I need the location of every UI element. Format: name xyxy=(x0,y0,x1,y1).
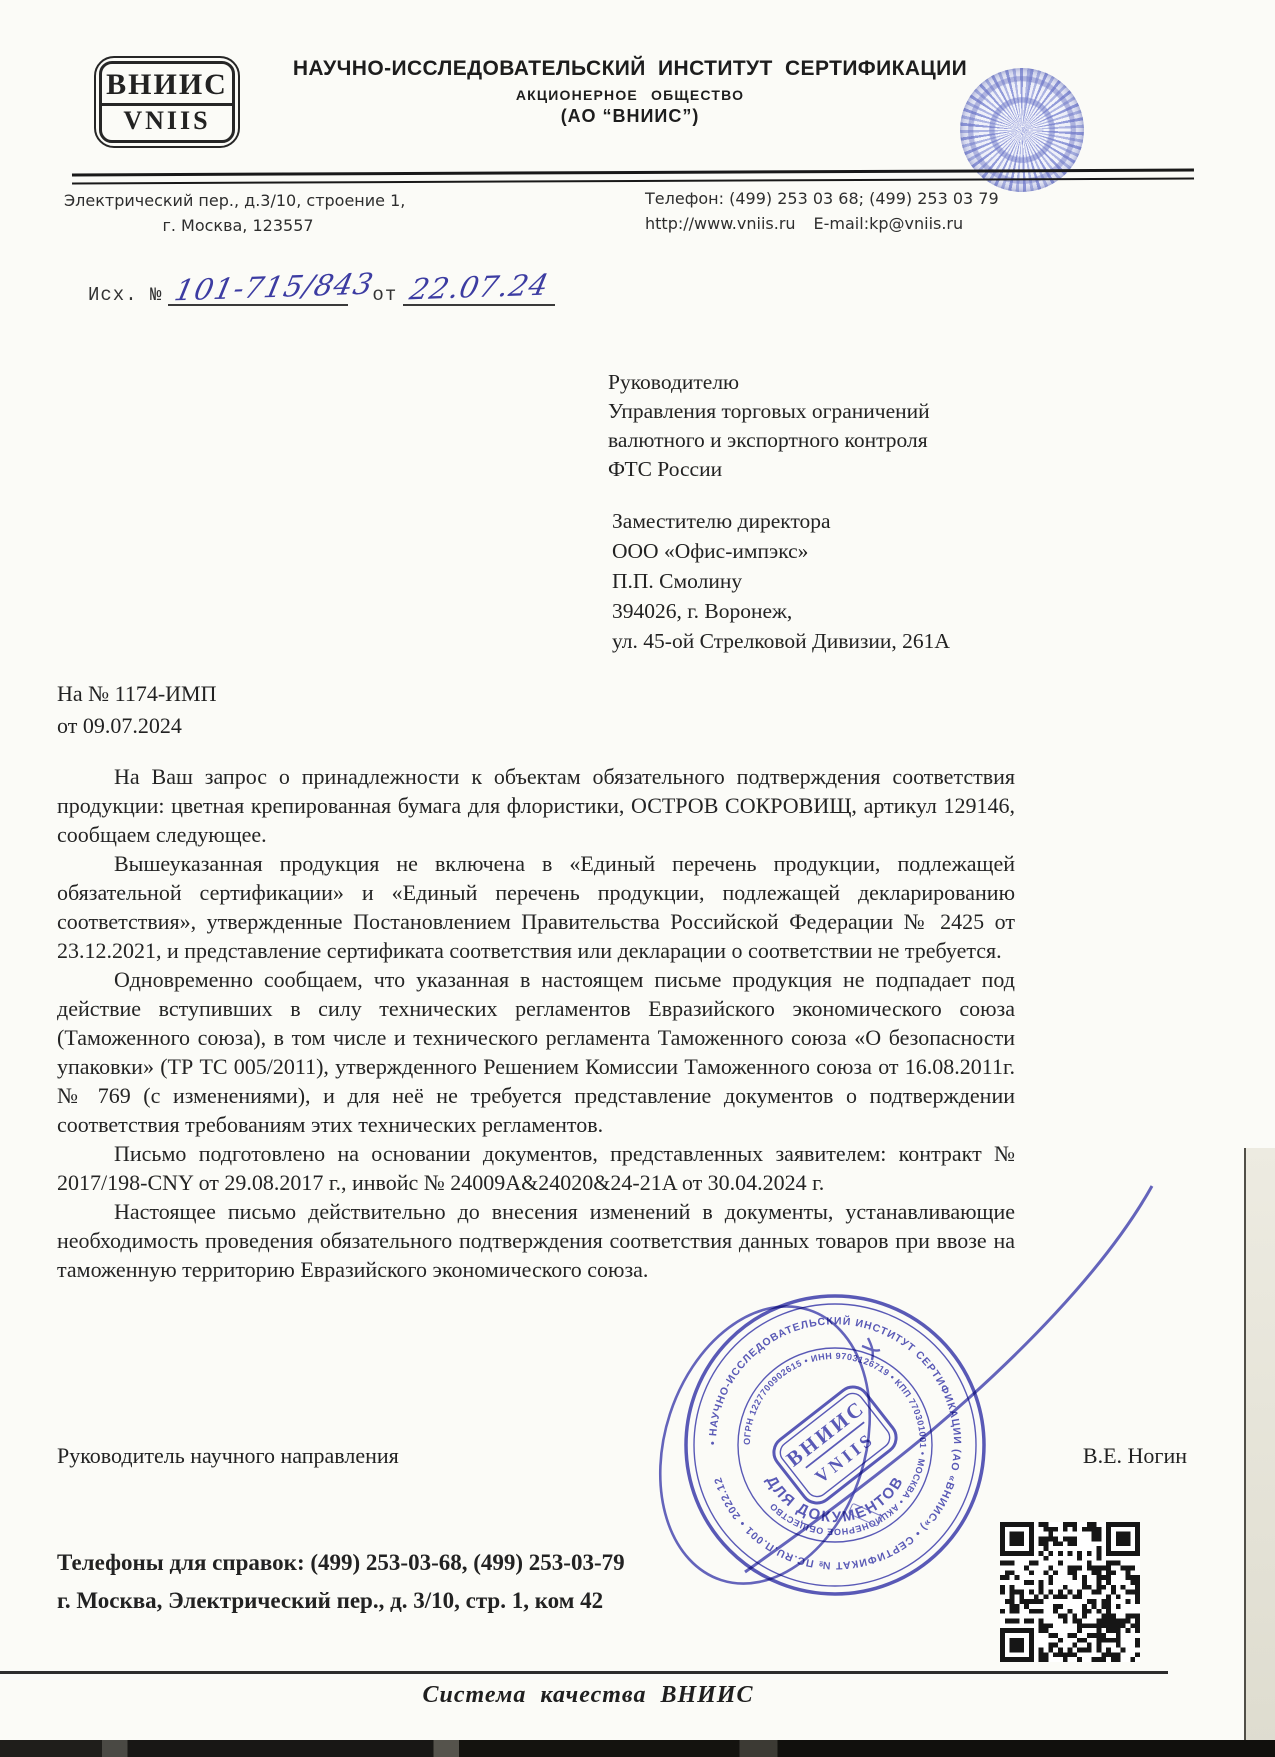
recipient-line: ООО «Офис-импэкс» xyxy=(612,536,950,566)
outgoing-date-label: от xyxy=(372,284,397,306)
recipient-line: 394026, г. Воронеж, xyxy=(612,596,950,626)
qr-code xyxy=(1000,1522,1140,1662)
body-paragraph-2: Вышеуказанная продукция не включена в «Е… xyxy=(57,849,1015,965)
letterhead: НАУЧНО-ИССЛЕДОВАТЕЛЬСКИЙ ИНСТИТУТ СЕРТИФ… xyxy=(255,57,1005,127)
footer-address: г. Москва, Электрический пер., д. 3/10, … xyxy=(57,1582,625,1620)
recipient-block-primary: Руководителю Управления торговых огранич… xyxy=(608,368,930,484)
bottom-divider xyxy=(0,1671,1168,1674)
recipient-line: Управления торговых ограничений xyxy=(608,397,930,426)
recipient-line: ул. 45-ой Стрелковой Дивизии, 261А xyxy=(612,626,950,656)
outgoing-ref-row: Исх. №101-715/843от22.07.24 xyxy=(88,270,555,306)
footer-contacts: Телефоны для справок: (499) 253-03-68, (… xyxy=(57,1544,625,1620)
sender-address-line2: г. Москва, 123557 xyxy=(64,213,412,238)
sender-contacts: Телефон: (499) 253 03 68; (499) 253 03 7… xyxy=(645,186,1135,236)
signer-position: Руководитель научного направления xyxy=(57,1443,399,1468)
outgoing-ref-label: Исх. № xyxy=(88,284,162,306)
letter-page: ВНИИС VNIIS НАУЧНО-ИССЛЕДОВАТЕЛЬСКИЙ ИНС… xyxy=(0,0,1275,1757)
sender-web-email: http://www.vniis.ruE-mail:kp@vniis.ru xyxy=(645,211,1135,236)
recipient-line: Руководителю xyxy=(608,368,930,397)
body-paragraph-3: Одновременно сообщаем, что указанная в н… xyxy=(57,965,1015,1139)
scan-edge-bottom xyxy=(0,1740,1275,1757)
recipient-line: валютного и экспортного контроля xyxy=(608,426,930,455)
vniis-logo-frame: ВНИИС VNIIS xyxy=(99,61,235,143)
incoming-ref-date: от 09.07.2024 xyxy=(57,710,217,742)
outgoing-ref-number-handwritten: 101-715/843 xyxy=(172,267,378,308)
quality-system-line: Система качества ВНИИС xyxy=(238,1682,938,1709)
logo-text-en: VNIIS xyxy=(123,108,210,134)
incoming-ref-number: На № 1174-ИМП xyxy=(57,678,217,710)
sender-website: http://www.vniis.ru xyxy=(645,214,796,233)
sender-address-line1: Электрический пер., д.3/10, строение 1, xyxy=(64,188,412,213)
vniis-logo: ВНИИС VNIIS xyxy=(94,56,240,148)
sender-address: Электрический пер., д.3/10, строение 1, … xyxy=(64,188,412,238)
incoming-ref: На № 1174-ИМП от 09.07.2024 xyxy=(57,678,217,742)
recipient-line: Заместителю директора xyxy=(612,506,950,536)
institute-subtitle: АКЦИОНЕРНОЕ ОБЩЕСТВО xyxy=(255,87,1005,103)
institute-org-short: (АО “ВНИИС”) xyxy=(255,106,1005,127)
outgoing-date-handwritten: 22.07.24 xyxy=(407,268,553,307)
outgoing-date-underline: 22.07.24 xyxy=(403,270,555,306)
sender-phone: Телефон: (499) 253 03 68; (499) 253 03 7… xyxy=(645,186,1135,211)
institute-title: НАУЧНО-ИССЛЕДОВАТЕЛЬСКИЙ ИНСТИТУТ СЕРТИФ… xyxy=(255,57,1005,81)
footer-phones: Телефоны для справок: (499) 253-03-68, (… xyxy=(57,1544,625,1582)
scan-edge-right xyxy=(1244,1148,1275,1757)
recipient-block-secondary: Заместителю директора ООО «Офис-импэкс» … xyxy=(612,506,950,656)
sender-email: E-mail:kp@vniis.ru xyxy=(814,214,964,233)
outgoing-ref-underline: 101-715/843 xyxy=(168,270,348,306)
body-paragraph-1: На Ваш запрос о принадлежности к объекта… xyxy=(57,762,1015,849)
recipient-line: ФТС России xyxy=(608,455,930,484)
logo-text-ru: ВНИИС xyxy=(101,70,233,106)
recipient-line: П.П. Смолину xyxy=(612,566,950,596)
